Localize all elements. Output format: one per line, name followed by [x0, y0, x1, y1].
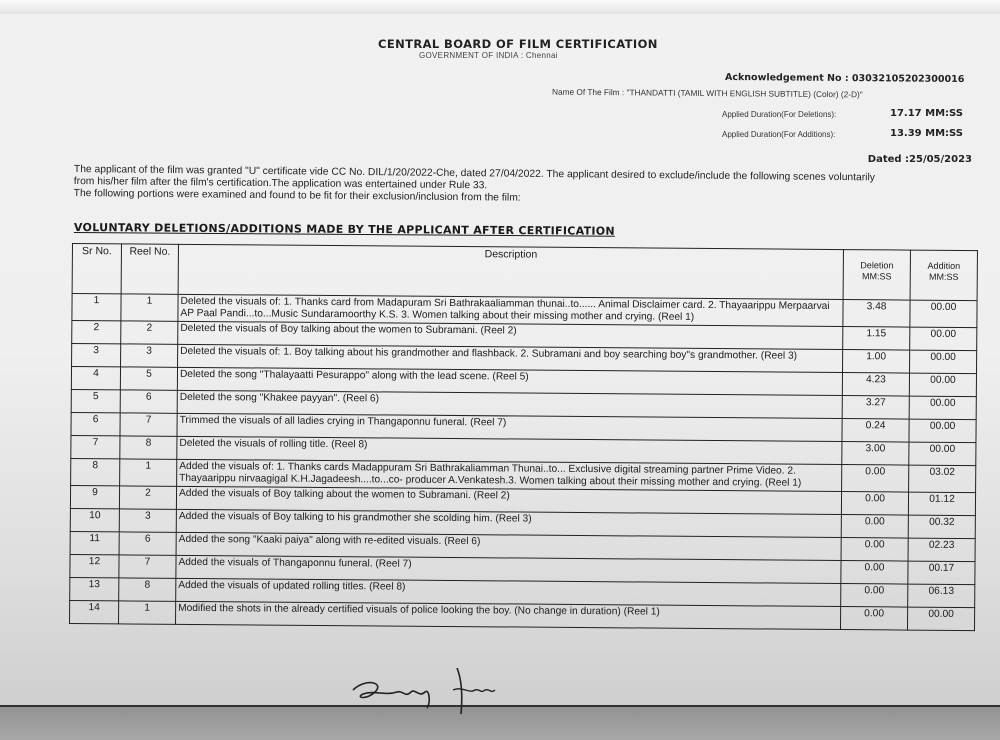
- sr-no-cell: 10: [70, 508, 119, 531]
- addition-cell: 00.32: [908, 515, 975, 539]
- addition-cell: 01.12: [908, 492, 975, 516]
- addition-cell: 00.00: [909, 442, 976, 466]
- addition-cell: 00.00: [910, 300, 977, 328]
- reel-no-cell: 2: [119, 486, 176, 509]
- deletion-cell: 0.00: [840, 607, 907, 631]
- sr-no-cell: 6: [71, 412, 120, 435]
- addition-cell: 00.17: [908, 561, 975, 585]
- reel-no-cell: 6: [119, 532, 176, 555]
- intro-paragraph: The applicant of the film was granted "U…: [74, 164, 984, 210]
- deletion-cell: 3.48: [843, 300, 910, 328]
- film-name: Name Of The Film : "THANDATTI (TAMIL WIT…: [552, 87, 863, 100]
- additions-value: 13.39 MM:SS: [890, 128, 963, 139]
- addition-cell: 02.23: [908, 538, 975, 562]
- deletion-cell: 0.00: [841, 538, 908, 562]
- certificate-page: CENTRAL BOARD OF FILM CERTIFICATION GOVE…: [0, 0, 1000, 707]
- additions-duration: Applied Duration(For Additions): 13.39 M…: [722, 130, 835, 139]
- deletion-cell: 0.24: [842, 419, 909, 443]
- sr-no-cell: 12: [70, 554, 119, 577]
- header-addition: Addition MM:SS: [910, 250, 977, 301]
- reel-no-cell: 3: [121, 344, 178, 367]
- acknowledgement-number: Acknowledgement No : 03032105202300016: [725, 72, 964, 85]
- sr-no-cell: 4: [71, 367, 120, 390]
- deletions-duration: Applied Duration(For Deletions): 17.17 M…: [722, 110, 836, 119]
- reel-no-cell: 3: [119, 509, 176, 532]
- reel-no-cell: 6: [120, 390, 177, 413]
- reel-no-cell: 7: [120, 413, 177, 436]
- deletions-additions-table: Sr No. Reel No. Description Deletion MM:…: [69, 243, 978, 631]
- reel-no-cell: 1: [120, 459, 177, 486]
- table-header-row: Sr No. Reel No. Description Deletion MM:…: [72, 244, 977, 301]
- addition-cell: 00.00: [909, 419, 976, 443]
- sr-no-cell: 8: [71, 458, 120, 485]
- sr-no-cell: 3: [72, 344, 121, 367]
- deletion-cell: 0.00: [841, 584, 908, 608]
- deletion-cell: 1.00: [843, 350, 910, 374]
- sr-no-cell: 2: [72, 321, 121, 344]
- deletion-cell: 0.00: [841, 515, 908, 539]
- reel-no-cell: 8: [119, 578, 176, 601]
- date: Dated :25/05/2023: [868, 154, 972, 165]
- deletion-cell: 4.23: [842, 373, 909, 397]
- sr-no-cell: 11: [70, 531, 119, 554]
- deletion-cell: 0.00: [841, 561, 908, 585]
- org-subtitle: GOVERNMENT OF INDIA : Chennai: [419, 51, 558, 60]
- addition-cell: 00.00: [907, 607, 974, 631]
- signature-icon: [345, 668, 515, 716]
- deletion-cell: 1.15: [843, 327, 910, 351]
- header-reel-no: Reel No.: [121, 244, 178, 294]
- org-title: CENTRAL BOARD OF FILM CERTIFICATION: [378, 37, 658, 51]
- addition-cell: 00.00: [909, 373, 976, 397]
- addition-cell: 06.13: [908, 584, 975, 608]
- reel-no-cell: 1: [121, 294, 178, 321]
- header-description: Description: [178, 244, 843, 299]
- reel-no-cell: 2: [121, 321, 178, 344]
- section-title: VOLUNTARY DELETIONS/ADDITIONS MADE BY TH…: [74, 221, 615, 238]
- additions-label: Applied Duration(For Additions):: [722, 130, 835, 139]
- reel-no-cell: 7: [119, 555, 176, 578]
- sr-no-cell: 9: [70, 485, 119, 508]
- header-deletion: Deletion MM:SS: [843, 250, 910, 301]
- sr-no-cell: 7: [71, 435, 120, 458]
- reel-no-cell: 1: [119, 601, 176, 624]
- addition-cell: 00.00: [909, 396, 976, 420]
- reel-no-cell: 5: [120, 367, 177, 390]
- deletions-label: Applied Duration(For Deletions):: [722, 110, 836, 119]
- deletion-cell: 0.00: [842, 465, 909, 493]
- deletions-value: 17.17 MM:SS: [890, 108, 963, 119]
- sr-no-cell: 13: [70, 577, 119, 600]
- addition-cell: 00.00: [910, 327, 977, 351]
- reel-no-cell: 8: [120, 436, 177, 459]
- description-cell: Modified the shots in the already certif…: [176, 601, 841, 629]
- sr-no-cell: 1: [72, 294, 121, 321]
- sr-no-cell: 14: [70, 600, 119, 623]
- header-sr-no: Sr No.: [72, 244, 121, 294]
- deletion-cell: 0.00: [841, 492, 908, 516]
- sr-no-cell: 5: [71, 389, 120, 412]
- paper-fold: [0, 0, 1000, 14]
- addition-cell: 00.00: [910, 350, 977, 374]
- addition-cell: 03.02: [909, 465, 976, 493]
- deletion-cell: 3.27: [842, 396, 909, 420]
- deletion-cell: 3.00: [842, 442, 909, 466]
